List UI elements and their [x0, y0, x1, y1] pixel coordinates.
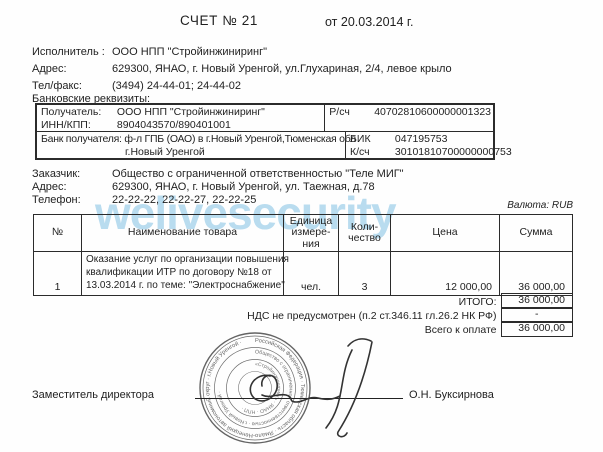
customer-phone: 22-22-22, 22-22-27, 22-22-25: [112, 194, 256, 206]
bik-label: БИК: [350, 133, 392, 146]
bank-table-row-2: Банк получателя: ф-л ГПБ (ОАО) в г.Новый…: [37, 131, 493, 158]
executor-phone-label: Тел/факс:: [32, 80, 112, 92]
col-header-sum: Сумма: [500, 215, 572, 252]
executor-phone: (3494) 24-44-01; 24-44-02: [112, 80, 241, 92]
bank-name-line1: ф-л ГПБ (ОАО) в г.Новый Уренгой,Тюменска…: [124, 133, 356, 145]
itogo-label: ИТОГО:: [459, 295, 501, 309]
customer-label: Заказчик:: [32, 168, 112, 180]
item-name-line-3: 13.03.2014 г. по теме: "Электроснабжение…: [86, 279, 281, 292]
executor-address-row: Адрес: 629300, ЯНАО, г. Новый Уренгой, у…: [32, 63, 112, 75]
rs-value: 40702810600000001323: [374, 106, 491, 118]
nds-label: НДС не предусмотрен (п.2 ст.346.11 гл.26…: [247, 309, 500, 323]
bank-name-line2: г.Новый Уренгой: [125, 146, 205, 158]
item-row-qty: 3: [339, 252, 391, 295]
nds-row: НДС не предусмотрен (п.2 ст.346.11 гл.26…: [33, 309, 573, 323]
item-row-price: 12 000,00: [391, 252, 500, 295]
signer-position: Заместитель директора: [32, 389, 154, 401]
customer-phone-label: Телефон:: [32, 194, 112, 206]
customer-address-row: Адрес: 629300, ЯНАО, г. Новый Уренгой, у…: [32, 181, 112, 193]
invoice-date: от 20.03.2014 г.: [325, 15, 413, 29]
executor-name: ООО НПП "Стройинжиниринг": [112, 46, 267, 58]
bik-value: 047195753: [395, 133, 448, 145]
rs-label: Р/сч: [329, 106, 371, 119]
bank-recipient-cell: Получатель: ООО НПП "Стройинжиниринг" ИН…: [37, 105, 324, 131]
col-header-qty: Коли-чество: [339, 215, 391, 252]
currency-note: Валюта: RUB: [507, 200, 573, 211]
ks-value: 30101810700000000753: [395, 146, 512, 158]
recipient-name: ООО НПП "Стройинжиниринг": [117, 106, 265, 118]
col-header-num: №: [34, 215, 82, 252]
col-header-name: Наименование товара: [82, 215, 284, 252]
col-header-price: Цена: [391, 215, 500, 252]
item-name-line-2: квалификации ИТР по договору №18 от: [86, 266, 281, 279]
executor-label: Исполнитель :: [32, 46, 112, 58]
customer-name: Общество с ограниченной ответственностью…: [112, 168, 404, 180]
itogo-row: ИТОГО: 36 000,00: [33, 295, 573, 309]
invoice-title: СЧЕТ № 21: [180, 13, 258, 28]
customer-address-label: Адрес:: [32, 181, 112, 193]
executor-address: 629300, ЯНАО, г. Новый Уренгой, ул.Глуха…: [112, 63, 452, 75]
bank-table-row-1: Получатель: ООО НПП "Стройинжиниринг" ИН…: [37, 105, 493, 131]
item-row-unit: чел.: [284, 252, 339, 295]
inn-kpp-value: 8904043570/890401001: [117, 119, 231, 131]
bank-name-cell: Банк получателя: ф-л ГПБ (ОАО) в г.Новый…: [37, 132, 345, 158]
bank-rs-cell: Р/сч 40702810600000001323: [324, 105, 493, 131]
item-name-line-1: Оказание услуг по организации повышения: [86, 253, 281, 266]
ks-label: К/сч: [350, 146, 392, 159]
item-row-name: Оказание услуг по организации повышения …: [82, 252, 284, 295]
col-header-unit: Единица измере-ния: [284, 215, 339, 252]
total-due-label: Всего к оплате: [425, 323, 501, 337]
executor-phone-row: Тел/факс: (3494) 24-44-01; 24-44-02: [32, 80, 112, 92]
recipient-label: Получатель:: [41, 106, 114, 119]
executor-address-label: Адрес:: [32, 63, 112, 75]
bank-requisites-table: Получатель: ООО НПП "Стройинжиниринг" ИН…: [35, 103, 495, 160]
executor-row: Исполнитель : ООО НПП "Стройинжиниринг": [32, 46, 112, 58]
items-table: № Наименование товара Единица измере-ния…: [33, 214, 573, 296]
total-due-value: 36 000,00: [501, 321, 574, 337]
customer-address: 629300, ЯНАО, г. Новый Уренгой, ул. Таеж…: [112, 181, 375, 193]
customer-phone-row: Телефон: 22-22-22, 22-22-27, 22-22-25: [32, 194, 112, 206]
customer-row: Заказчик: Общество с ограниченной ответс…: [32, 168, 112, 180]
item-row-sum: 36 000,00: [500, 252, 572, 295]
handwritten-signature: [230, 332, 430, 450]
bank-label: Банк получателя:: [41, 133, 122, 145]
invoice-document: welivesecurity СЧЕТ № 21 от 20.03.2014 г…: [0, 0, 603, 452]
item-row-num: 1: [34, 252, 82, 295]
bank-bik-cell: БИК 047195753 К/сч 30101810700000000753: [345, 132, 514, 158]
inn-kpp-label: ИНН/КПП:: [41, 119, 114, 132]
